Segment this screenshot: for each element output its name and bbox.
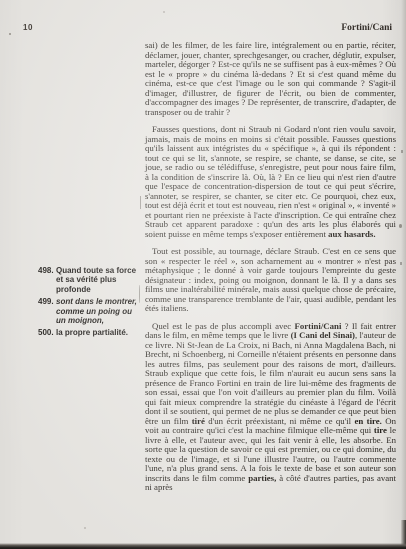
running-title: Fortini/Cani (341, 23, 392, 33)
scan-right-edge (401, 0, 406, 549)
scan-mark (140, 196, 141, 209)
paragraph: sai) de les filmer, de les faire lire, i… (145, 41, 396, 117)
paragraph: Tout est possible, au tournage, déclare … (145, 247, 396, 314)
margin-note: 500.la propre partialité. (38, 328, 142, 337)
book-page: 10 Fortini/Cani 498.Quand toute sa force… (0, 0, 406, 549)
margin-note-number: 500. (38, 328, 56, 337)
margin-note-number: 499. (38, 297, 56, 325)
margin-note-text: la propre partialité. (56, 328, 142, 337)
margin-note: 498.Quand toute sa force et sa vérité pl… (38, 266, 142, 294)
margin-note-number: 498. (38, 266, 56, 294)
scan-speck (9, 33, 11, 35)
body-text: sai) de les filmer, de les faire lire, i… (145, 41, 396, 501)
scan-mark (139, 285, 140, 303)
margin-note-text: Quand toute sa force et sa vérité plus p… (56, 266, 142, 294)
margin-note-text: sont dans le montrer, comme un poing ou … (56, 297, 142, 325)
scan-bottom-edge (0, 543, 406, 549)
scan-speck (163, 11, 165, 13)
paragraph: Quel est le pas de plus accompli avec Fo… (145, 322, 396, 493)
margin-notes: 498.Quand toute sa force et sa vérité pl… (38, 266, 142, 341)
paragraph: Fausses questions, dont ni Straub ni God… (145, 125, 396, 239)
page-number: 10 (23, 23, 33, 32)
scan-speck (84, 527, 86, 529)
margin-note: 499.sont dans le montrer, comme un poing… (38, 297, 142, 325)
